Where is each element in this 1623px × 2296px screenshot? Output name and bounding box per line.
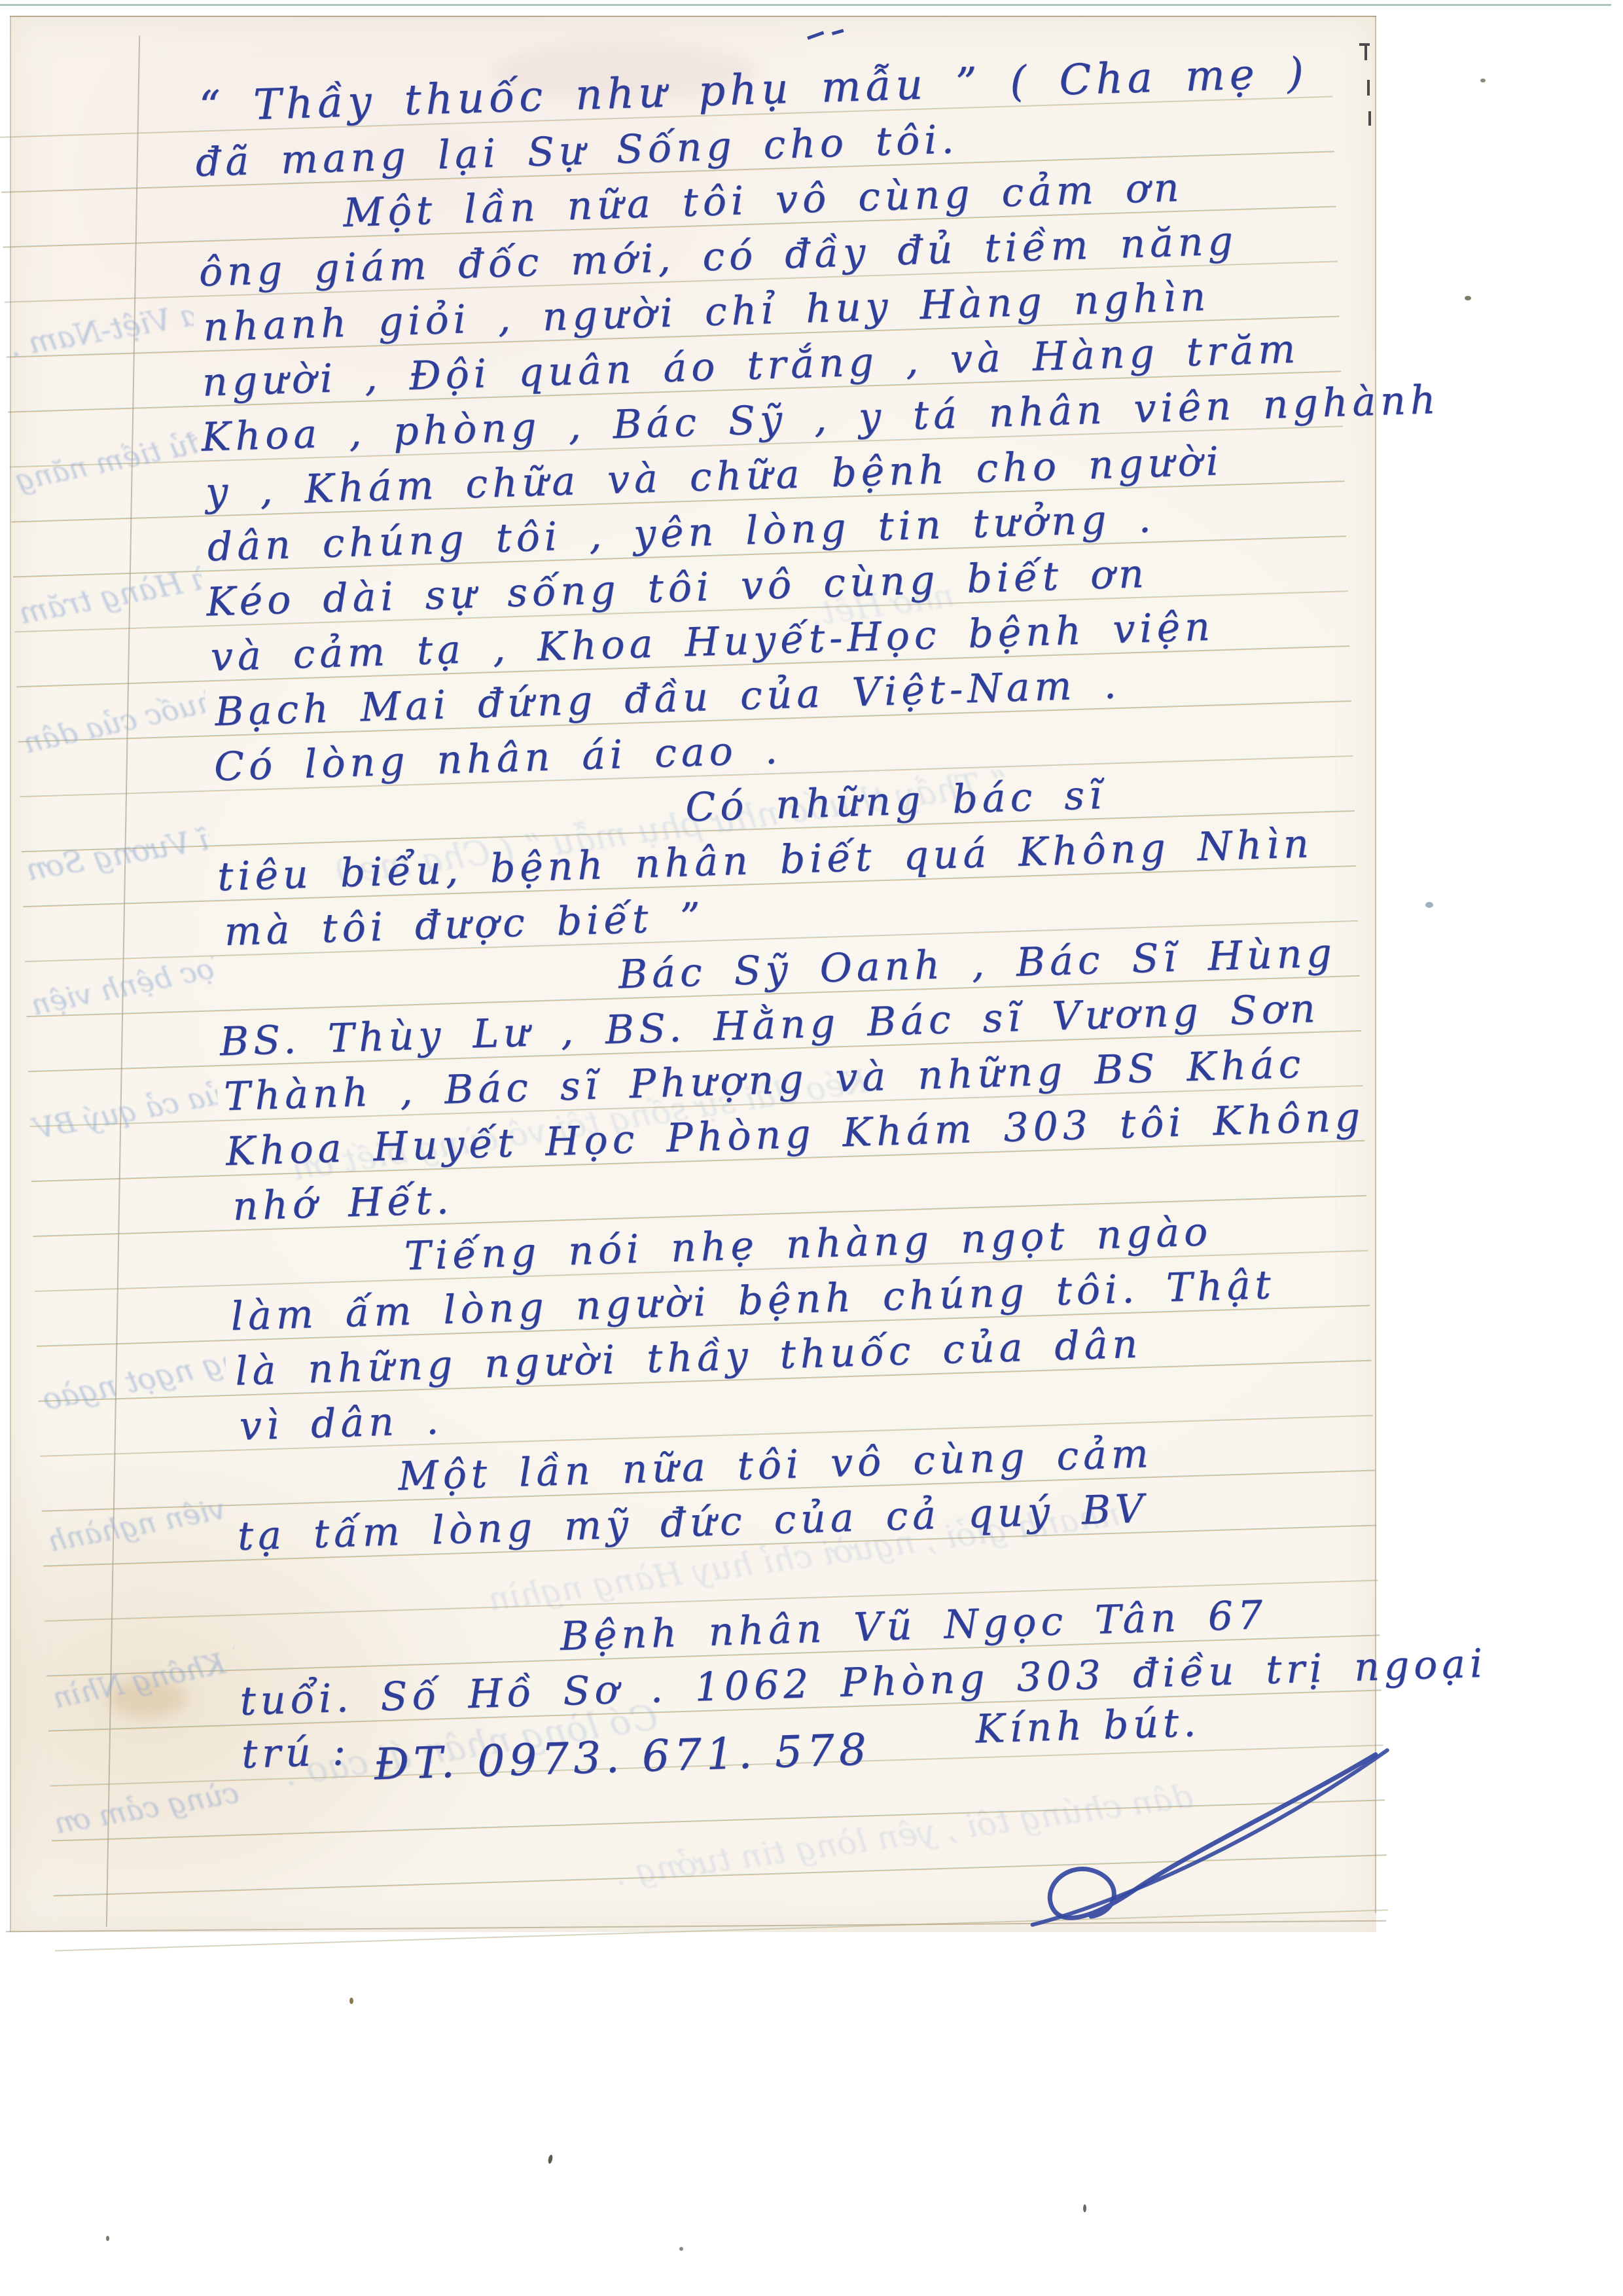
ruled-writing-layer: Bạch Mai đứng đầu của Việt-Nam .ông giám…	[0, 0, 1405, 1952]
dust-speck	[1425, 902, 1433, 908]
handwritten-line: nhớ Hết.	[232, 1177, 454, 1229]
bleedthrough-fragment: tạ tấm lòng mỹ đức của cả quý BV	[31, 1020, 243, 1146]
signature-flourish	[989, 1736, 1400, 1948]
ink-dash	[832, 29, 844, 35]
dust-speck	[1480, 79, 1486, 82]
closing-prefix: trú :	[241, 1729, 351, 1778]
handwritten-line: Có lòng nhân ái cao .	[213, 727, 783, 790]
handwritten-line: tuổi. Số Hồ Sơ . 1062 Phòng 303 điều trị…	[240, 1640, 1488, 1724]
edge-print-mark	[1367, 80, 1370, 96]
bleedthrough-fragment: Một lần nữa tôi vô cùng cảm ơn	[52, 1729, 243, 1840]
handwritten-line: “ Thầy thuốc như phụ mẫu ” ( Cha mẹ )	[198, 49, 1309, 132]
dust-speck	[1465, 296, 1471, 300]
bleedthrough-fragment: tiêu biểu, bệnh nhân biết quá Không Nhìn	[50, 1557, 243, 1715]
handwritten-line: mà tôi được biết ”	[224, 894, 705, 954]
dust-speck	[548, 2155, 554, 2164]
dust-speck	[106, 2236, 109, 2241]
letter-paper-sheet: Bạch Mai đứng đầu của Việt-Nam .ông giám…	[10, 16, 1376, 1932]
bleedthrough-fragment: BS. Thùy Lư , BS. Hằng Bác sĩ Vương Sơn	[24, 745, 243, 888]
dust-speck	[349, 1998, 353, 2004]
edge-print-mark	[1364, 46, 1367, 60]
edge-print-mark	[1368, 111, 1371, 126]
scanner-edge-line	[0, 4, 1611, 6]
ink-dash	[807, 31, 824, 39]
handwritten-line: vì dân .	[239, 1397, 444, 1449]
dust-speck	[1083, 2204, 1086, 2212]
handwritten-line: tạ tấm lòng mỹ đức của cả quý BV	[237, 1486, 1149, 1559]
scanned-letter: Bạch Mai đứng đầu của Việt-Nam .ông giám…	[0, 0, 1623, 2296]
dust-speck	[679, 2247, 683, 2251]
bleedthrough-fragment: và cảm tạ , Khoa Huyết-Học bệnh viện	[28, 875, 243, 1022]
bleedthrough-fragment: Tiếng nói nhẹ nhàng ngọt ngào	[39, 1285, 243, 1417]
bleedthrough-fragment: Khoa , phòng , Bác Sỹ , y tá nhân viên n…	[45, 1401, 243, 1559]
handwritten-line: Có những bác sĩ	[685, 772, 1107, 831]
